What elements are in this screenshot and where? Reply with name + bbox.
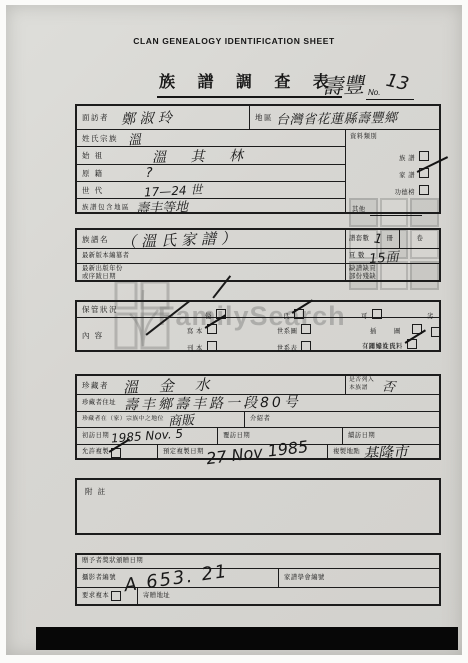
photographer-no-label: 攝影者編號: [82, 574, 116, 582]
sets-unit-ce: 冊: [387, 235, 394, 243]
scan-edge-black-bar: [36, 627, 458, 650]
sheet-number-value: 13: [384, 70, 411, 95]
copy-request-checkbox: [111, 591, 121, 601]
women-data-checkbox: [407, 339, 417, 349]
category-option-jiapu: 家 譜: [399, 164, 429, 182]
pub-year-label-1: 最新出版年份: [82, 265, 345, 273]
table-notes: 附 註: [75, 478, 441, 535]
first-ancestor-value: 溫 其 林: [151, 145, 252, 167]
generations-label: 世 代: [82, 185, 104, 196]
genealogy-title-value: （溫氏家譜）: [121, 226, 242, 251]
content-option-lineage-chart: 世系圖: [277, 320, 311, 338]
category-option-gongdebang: 功德榜: [395, 181, 429, 199]
manuscript-checkbox: [207, 324, 217, 334]
region-value: 台灣省花蓮縣壽豐鄉: [276, 107, 398, 128]
region-label: 地區: [255, 112, 273, 123]
category-title: 資料類別: [350, 133, 377, 141]
genealogy-title-label: 族譜名: [82, 234, 109, 245]
category-cell: 資料類別 族 譜 家 譜 功德榜 其他: [345, 130, 439, 214]
first-visit-value: 1985 Nov. 5: [111, 427, 184, 446]
society-no-label: 家譜學會編號: [284, 574, 325, 582]
holder-label: 珍藏者: [82, 380, 109, 391]
editor-label: 最新版本編纂者: [82, 252, 130, 260]
pages-value: 15面: [368, 245, 399, 266]
address-value: 壽丰鄉壽丰路一段80号: [124, 391, 301, 414]
clan-surname-value: 溫: [127, 128, 141, 148]
region-cell: 地區 台灣省花蓮縣壽豐鄉: [249, 106, 439, 129]
copy-place-label: 複製地點: [333, 448, 360, 456]
gongdebang-checkbox: [419, 185, 429, 195]
listed-label-1: 是否列入: [349, 377, 374, 385]
jiapu-checkbox: [419, 168, 429, 178]
interviewer-value: 鄭 淑 玲: [121, 107, 173, 129]
position-label: 珍藏者在（家）宗族中之地位: [82, 416, 164, 424]
category-option-zupu: 族 譜: [399, 147, 429, 165]
clan-surname-label: 姓氏宗族: [82, 133, 118, 144]
sets-unit-juan: 卷: [416, 235, 423, 243]
pages-label: 頁 數: [349, 252, 365, 260]
content-option-printed: 刊 本: [187, 337, 217, 355]
place-name-handwritten: 壽豐: [321, 69, 365, 101]
lineage-table-checkbox: [301, 341, 311, 351]
copy-date-label: 預定複製日期: [163, 448, 204, 456]
genealogy-identification-sheet: FamilySearch CLAN GENEALOGY IDENTIFICATI…: [0, 0, 468, 663]
notes-label: 附 註: [85, 486, 107, 497]
keep-label: 保管狀況: [82, 304, 118, 315]
chinese-title: 族 譜 調 查 表: [157, 69, 342, 98]
sets-value: 1: [373, 231, 383, 247]
table-volume-info: 族譜名 （溫氏家譜） 譜套數 1 冊 卷 最新版本編纂者 頁 數 15面 最新出…: [75, 228, 441, 282]
copy-place-value: 基隆市: [363, 441, 409, 464]
other-underline: [370, 215, 422, 216]
sets-label: 譜套數: [349, 235, 369, 243]
content-label: 內 容: [82, 330, 104, 341]
listed-label-2: 本族譜: [349, 385, 374, 393]
lineage-chart-checkbox: [301, 324, 311, 334]
coverage-value: 壽丰等地: [136, 196, 189, 217]
missing-label-2: 部份殘缺: [349, 273, 439, 281]
native-place-value: ?: [146, 166, 153, 181]
pub-year-label-2: 或序跋日期: [82, 273, 345, 281]
table-basic-info: 面訪者 鄭 淑 玲 地區 台灣省花蓮縣壽豐鄉 姓氏宗族 溫 始 祖: [75, 104, 441, 214]
first-visit-label: 初訪日期: [82, 432, 109, 440]
native-place-label: 原 籍: [82, 168, 104, 179]
table-admin: 贈予者獎狀頒贈日期 攝影者編號 A 653. 21 家譜學會編號 要求複本 寄贈…: [75, 553, 441, 606]
introducer-label: 介紹者: [250, 415, 270, 423]
award-date-label: 贈予者獎狀頒贈日期: [82, 557, 143, 565]
table-holder-info: 珍藏者 溫 金 水 是否列入 本族譜 否 珍藏者住址 壽丰鄉壽丰路一段80号 珍…: [75, 374, 441, 460]
content-option-lineage-table: 世系表: [277, 337, 311, 355]
address-label: 珍藏者住址: [82, 399, 116, 407]
interviewer-label: 面訪者: [82, 112, 109, 123]
copy-request-label: 要求複本: [82, 592, 109, 600]
coverage-label: 族譜包含地區: [82, 202, 130, 211]
printed-checkbox: [207, 341, 217, 351]
table-condition: 保管狀況 優 良 可 劣 內 容 寫 本 刊 本: [75, 300, 441, 352]
second-visit-label: 覆訪日期: [223, 432, 250, 440]
content-option-manuscript: 寫 本: [187, 320, 217, 338]
listed-value: 否: [381, 375, 396, 395]
sheet-number-label: No.: [368, 88, 380, 97]
zupu-checkbox: [419, 151, 429, 161]
permit-copy-label: 允許複製: [82, 448, 109, 456]
interviewer-cell: 面訪者 鄭 淑 玲: [77, 106, 249, 129]
category-other: 其他: [352, 198, 435, 216]
missing-label-1: 缺譜缺頁: [349, 265, 439, 273]
permit-copy-checkbox: [111, 448, 121, 458]
english-title: CLAN GENEALOGY IDENTIFICATION SHEET: [0, 36, 468, 46]
first-ancestor-label: 始 祖: [82, 150, 104, 161]
next-visit-label: 續訪日期: [348, 432, 375, 440]
sheet-number-underline: [366, 99, 414, 100]
content-note: （詳媳姓氏）: [362, 343, 403, 351]
